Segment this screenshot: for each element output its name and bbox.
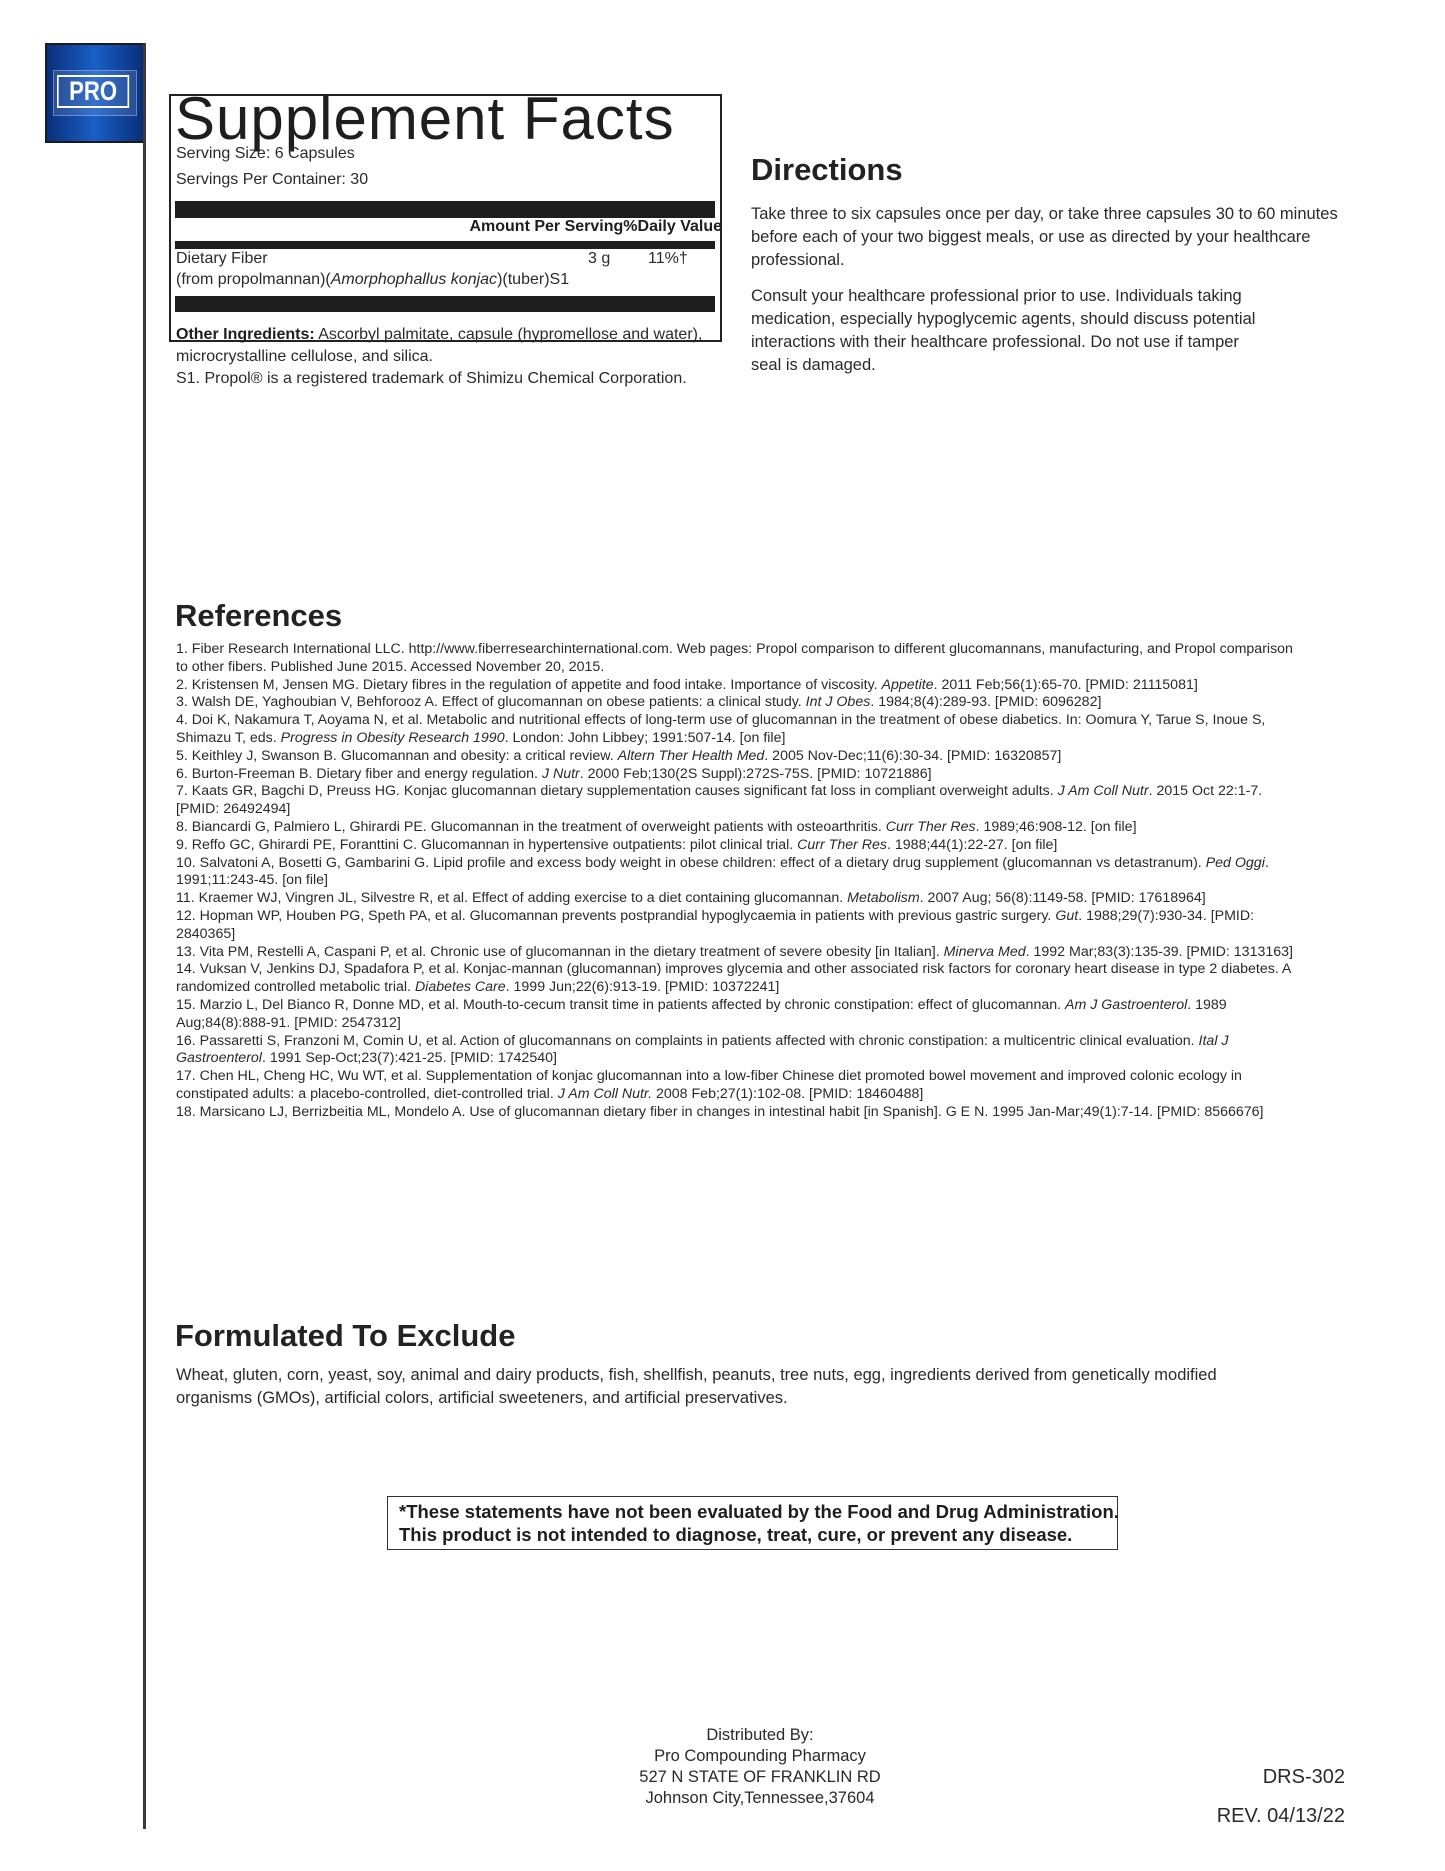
reference-item: 18. Marsicano LJ, Berrizbeitia ML, Monde… bbox=[176, 1104, 1296, 1122]
header-amount-per-serving: Amount Per Serving bbox=[469, 218, 623, 235]
reference-item: 3. Walsh DE, Yaghoubian V, Behforooz A. … bbox=[176, 694, 1296, 712]
reference-item: 16. Passaretti S, Franzoni M, Comin U, e… bbox=[176, 1033, 1296, 1069]
header-divider bbox=[175, 241, 715, 249]
reference-journal: Diabetes Care bbox=[415, 979, 506, 995]
reference-journal: Altern Ther Health Med bbox=[618, 748, 765, 764]
other-ingredients: Other Ingredients: Ascorbyl palmitate, c… bbox=[176, 324, 736, 368]
trademark-note: S1. Propol® is a registered trademark of… bbox=[176, 370, 687, 388]
reference-journal: Metabolism bbox=[847, 890, 920, 906]
reference-item: 8. Biancardi G, Palmiero L, Ghirardi PE.… bbox=[176, 819, 1296, 837]
distributor-name: Pro Compounding Pharmacy bbox=[560, 1746, 960, 1767]
reference-item: 11. Kraemer WJ, Vingren JL, Silvestre R,… bbox=[176, 890, 1296, 908]
nutrient-amount: 3 g bbox=[588, 250, 610, 268]
thick-divider bbox=[175, 201, 715, 218]
reference-item: 13. Vita PM, Restelli A, Caspani P, et a… bbox=[176, 944, 1296, 962]
exclude-text: Wheat, gluten, corn, yeast, soy, animal … bbox=[176, 1364, 1236, 1410]
distributor-label: Distributed By: bbox=[560, 1725, 960, 1746]
servings-per-container: Servings Per Container: 30 bbox=[176, 171, 368, 189]
reference-item: 4. Doi K, Nakamura T, Aoyama N, et al. M… bbox=[176, 712, 1296, 748]
reference-item: 14. Vuksan V, Jenkins DJ, Spadafora P, e… bbox=[176, 961, 1296, 997]
reference-item: 7. Kaats GR, Bagchi D, Preuss HG. Konjac… bbox=[176, 783, 1296, 819]
distributor-block: Distributed By: Pro Compounding Pharmacy… bbox=[560, 1725, 960, 1809]
serving-size: Serving Size: 6 Capsules bbox=[176, 145, 355, 163]
reference-item: 15. Marzio L, Del Bianco R, Donne MD, et… bbox=[176, 997, 1296, 1033]
pro-logo: PRO bbox=[45, 43, 145, 143]
source-prefix: (from propolmannan)( bbox=[176, 271, 331, 288]
nutrient-daily-value: 11%† bbox=[648, 250, 688, 268]
directions-paragraph-2: Consult your healthcare professional pri… bbox=[751, 285, 1271, 377]
reference-journal: J Am Coll Nutr bbox=[1058, 783, 1149, 799]
supplement-facts-title: Supplement Facts bbox=[175, 84, 675, 154]
bottom-divider bbox=[175, 296, 715, 312]
nutrient-source: (from propolmannan)(Amorphophallus konja… bbox=[176, 271, 569, 289]
reference-journal: Appetite bbox=[882, 677, 934, 693]
reference-journal: Curr Ther Res bbox=[886, 819, 976, 835]
header-daily-value: %Daily Value bbox=[623, 218, 722, 235]
reference-item: 9. Reffo GC, Ghirardi PE, Foranttini C. … bbox=[176, 837, 1296, 855]
reference-journal: J Nutr bbox=[542, 766, 580, 782]
nutrient-name: Dietary Fiber bbox=[176, 250, 268, 268]
source-suffix: )(tuber)S1 bbox=[497, 271, 569, 288]
source-botanical: Amorphophallus konjac bbox=[331, 271, 497, 288]
distributor-address: 527 N STATE OF FRANKLIN RD bbox=[560, 1767, 960, 1788]
reference-journal: Gut bbox=[1055, 908, 1078, 924]
reference-item: 2. Kristensen M, Jensen MG. Dietary fibr… bbox=[176, 677, 1296, 695]
references-heading: References bbox=[175, 598, 342, 634]
directions-heading: Directions bbox=[751, 152, 903, 188]
column-headers: Amount Per Serving%Daily Value bbox=[175, 218, 722, 236]
revision-date: REV. 04/13/22 bbox=[1217, 1805, 1345, 1828]
fda-disclaimer-text: *These statements have not been evaluate… bbox=[399, 1500, 1119, 1546]
other-ingredients-label: Other Ingredients: bbox=[176, 326, 315, 343]
reference-journal: Progress in Obesity Research 1990 bbox=[281, 730, 505, 746]
directions-paragraph-1: Take three to six capsules once per day,… bbox=[751, 203, 1341, 272]
reference-journal: J Am Coll Nutr. bbox=[558, 1086, 652, 1102]
reference-journal: Int J Obes bbox=[806, 694, 871, 710]
exclude-heading: Formulated To Exclude bbox=[175, 1318, 515, 1354]
logo-text: PRO bbox=[57, 75, 129, 108]
reference-journal: Curr Ther Res bbox=[797, 837, 887, 853]
reference-item: 12. Hopman WP, Houben PG, Speth PA, et a… bbox=[176, 908, 1296, 944]
references-list: 1. Fiber Research International LLC. htt… bbox=[176, 641, 1296, 1122]
reference-item: 17. Chen HL, Cheng HC, Wu WT, et al. Sup… bbox=[176, 1068, 1296, 1104]
reference-item: 10. Salvatoni A, Bosetti G, Gambarini G.… bbox=[176, 855, 1296, 891]
fda-line-1: *These statements have not been evaluate… bbox=[399, 1500, 1119, 1523]
fda-line-2: This product is not intended to diagnose… bbox=[399, 1523, 1119, 1546]
reference-item: 6. Burton-Freeman B. Dietary fiber and e… bbox=[176, 766, 1296, 784]
reference-item: 1. Fiber Research International LLC. htt… bbox=[176, 641, 1296, 677]
reference-item: 5. Keithley J, Swanson B. Glucomannan an… bbox=[176, 748, 1296, 766]
reference-journal: Am J Gastroenterol bbox=[1065, 997, 1187, 1013]
left-vertical-rule bbox=[143, 43, 146, 1829]
reference-journal: Ped Oggi bbox=[1206, 855, 1265, 871]
document-code: DRS-302 bbox=[1263, 1766, 1345, 1789]
distributor-city: Johnson City,Tennessee,37604 bbox=[560, 1788, 960, 1809]
reference-journal: Minerva Med bbox=[944, 944, 1026, 960]
